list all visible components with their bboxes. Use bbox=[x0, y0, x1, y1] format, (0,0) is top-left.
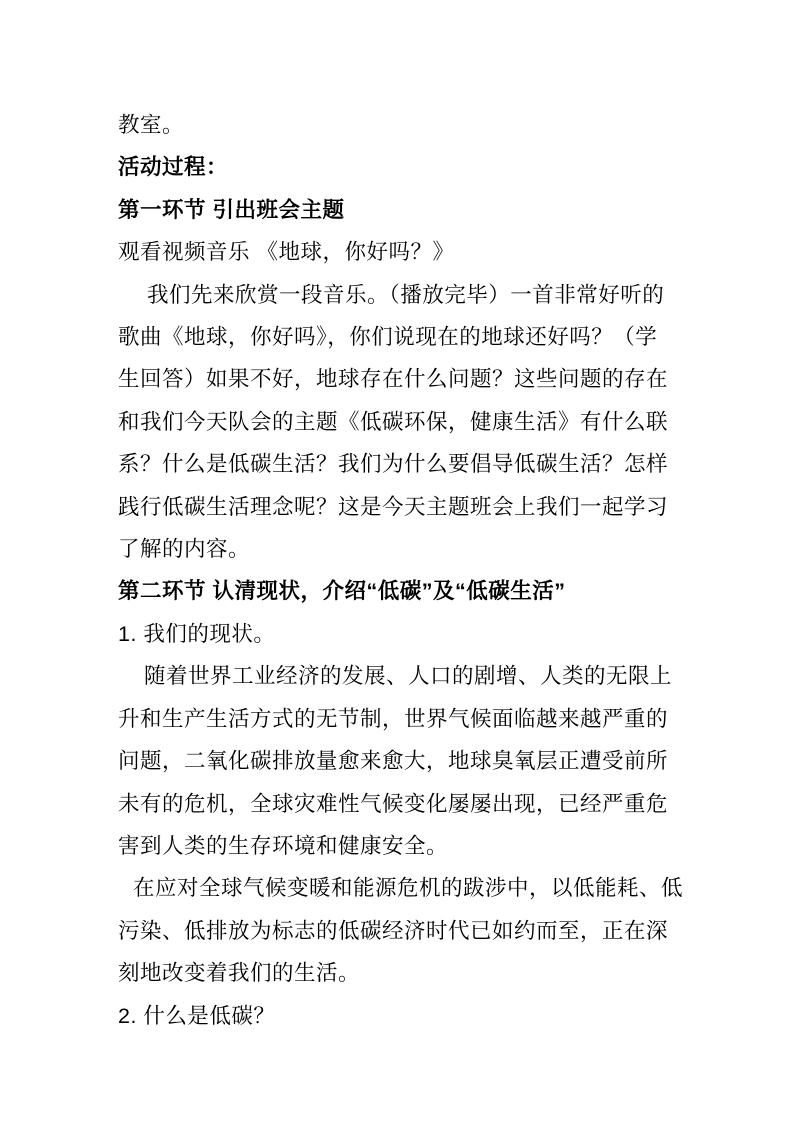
text-line: 未有的危机，全球灾难性气候变化屡屡出现，已经严重危 bbox=[118, 783, 684, 825]
document-paragraph: 在应对全球气候变暖和能源危机的跋涉中，以低能耗、低污染、低排放为标志的低碳经济时… bbox=[118, 867, 684, 994]
text-line: 我们先来欣赏一段音乐。（播放完毕）一首非常好听的 bbox=[118, 274, 684, 316]
text-line: 升和生产生活方式的无节制，世界气候面临越来越严重的 bbox=[118, 698, 684, 740]
text-line: 1. 我们的现状。 bbox=[118, 613, 684, 655]
document-paragraph: 我们先来欣赏一段音乐。（播放完毕）一首非常好听的歌曲《地球，你好吗》，你们说现在… bbox=[118, 274, 684, 571]
document-paragraph: 1. 我们的现状。 bbox=[118, 613, 684, 655]
text-line: 第二环节 认清现状，介绍“低碳”及“低碳生活” bbox=[118, 570, 684, 612]
text-line: 随着世界工业经济的发展、人口的剧增、人类的无限上 bbox=[118, 655, 684, 697]
document-paragraph: 观看视频音乐 《地球，你好吗？》 bbox=[118, 231, 684, 273]
text-line: 系？什么是低碳生活？我们为什么要倡导低碳生活？怎样 bbox=[118, 443, 684, 485]
text-line: 在应对全球气候变暖和能源危机的跋涉中，以低能耗、低 bbox=[118, 867, 684, 909]
text-line: 了解的内容。 bbox=[118, 528, 684, 570]
text-line: 生回答）如果不好，地球存在什么问题？这些问题的存在 bbox=[118, 358, 684, 400]
text-line: 活动过程： bbox=[118, 146, 684, 188]
text-line: 歌曲《地球，你好吗》，你们说现在的地球还好吗？（学 bbox=[118, 316, 684, 358]
document-paragraph: 2. 什么是低碳？ bbox=[118, 995, 684, 1037]
text-line: 害到人类的生存环境和健康安全。 bbox=[118, 825, 684, 867]
text-line: 践行低碳生活理念呢？这是今天主题班会上我们一起学习 bbox=[118, 486, 684, 528]
text-line: 教室。 bbox=[118, 104, 684, 146]
text-line: 2. 什么是低碳？ bbox=[118, 995, 684, 1037]
document-content: 教室。活动过程：第一环节 引出班会主题观看视频音乐 《地球，你好吗？》我们先来欣… bbox=[118, 104, 684, 1037]
text-line: 观看视频音乐 《地球，你好吗？》 bbox=[118, 231, 684, 273]
text-line: 第一环节 引出班会主题 bbox=[118, 189, 684, 231]
document-page: 教室。活动过程：第一环节 引出班会主题观看视频音乐 《地球，你好吗？》我们先来欣… bbox=[0, 0, 793, 1122]
text-line: 污染、低排放为标志的低碳经济时代已如约而至，正在深 bbox=[118, 910, 684, 952]
text-line: 和我们今天队会的主题《低碳环保，健康生活》有什么联 bbox=[118, 401, 684, 443]
text-line: 刻地改变着我们的生活。 bbox=[118, 952, 684, 994]
text-line: 问题，二氧化碳排放量愈来愈大，地球臭氧层正遭受前所 bbox=[118, 740, 684, 782]
document-heading: 第二环节 认清现状，介绍“低碳”及“低碳生活” bbox=[118, 570, 684, 612]
document-paragraph: 教室。 bbox=[118, 104, 684, 146]
document-paragraph: 随着世界工业经济的发展、人口的剧增、人类的无限上升和生产生活方式的无节制，世界气… bbox=[118, 655, 684, 867]
document-heading: 活动过程： bbox=[118, 146, 684, 188]
document-heading: 第一环节 引出班会主题 bbox=[118, 189, 684, 231]
